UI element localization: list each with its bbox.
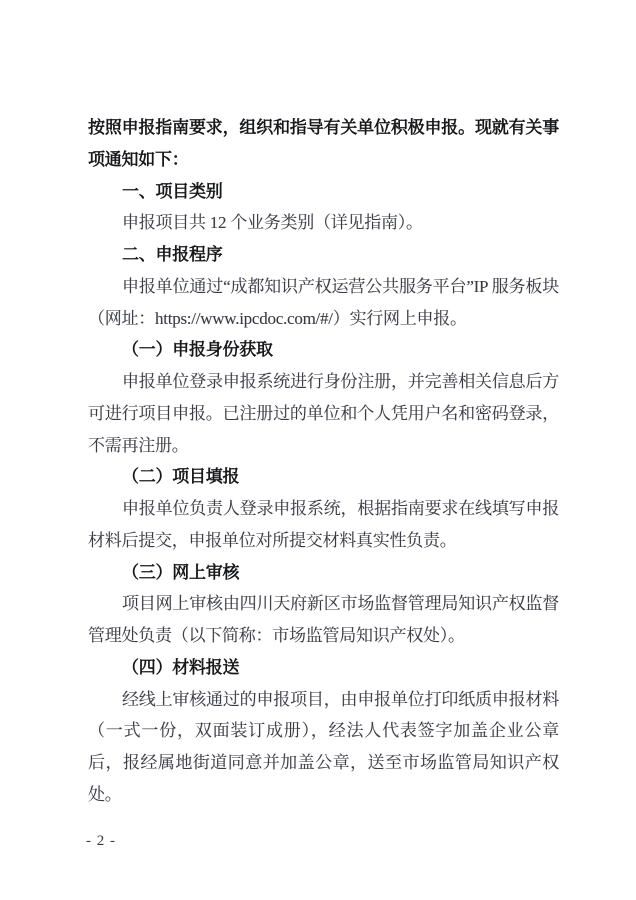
paragraph: 项目网上审核由四川天府新区市场监督管理局知识产权监督管理处负责（以下简称：市场监… <box>88 588 559 652</box>
paragraph: 申报项目共 12 个业务类别（详见指南）。 <box>88 207 559 239</box>
page-number: - 2 - <box>86 833 116 850</box>
subsection-heading: （二）项目填报 <box>88 461 559 493</box>
subsection-heading: （一）申报身份获取 <box>88 334 559 366</box>
paragraph: 申报单位通过“成都知识产权运营公共服务平台”IP 服务板块（网址：https:/… <box>88 271 559 335</box>
section-heading: 二、申报程序 <box>88 239 559 271</box>
document-body: 按照申报指南要求，组织和指导有关单位积极申报。现就有关事项通知如下： 一、项目类… <box>88 112 559 811</box>
document-page: 按照申报指南要求，组织和指导有关单位积极申报。现就有关事项通知如下： 一、项目类… <box>0 0 636 900</box>
paragraph: 申报单位登录申报系统进行身份注册，并完善相关信息后方可进行项目申报。已注册过的单… <box>88 366 559 461</box>
paragraph: 申报单位负责人登录申报系统，根据指南要求在线填写申报材料后提交，申报单位对所提交… <box>88 493 559 557</box>
subsection-heading: （三）网上审核 <box>88 557 559 589</box>
lead-paragraph: 按照申报指南要求，组织和指导有关单位积极申报。现就有关事项通知如下： <box>88 112 559 176</box>
paragraph: 经线上审核通过的申报项目，由申报单位打印纸质申报材料（一式一份，双面装订成册），… <box>88 684 559 811</box>
subsection-heading: （四）材料报送 <box>88 652 559 684</box>
section-heading: 一、项目类别 <box>88 176 559 208</box>
